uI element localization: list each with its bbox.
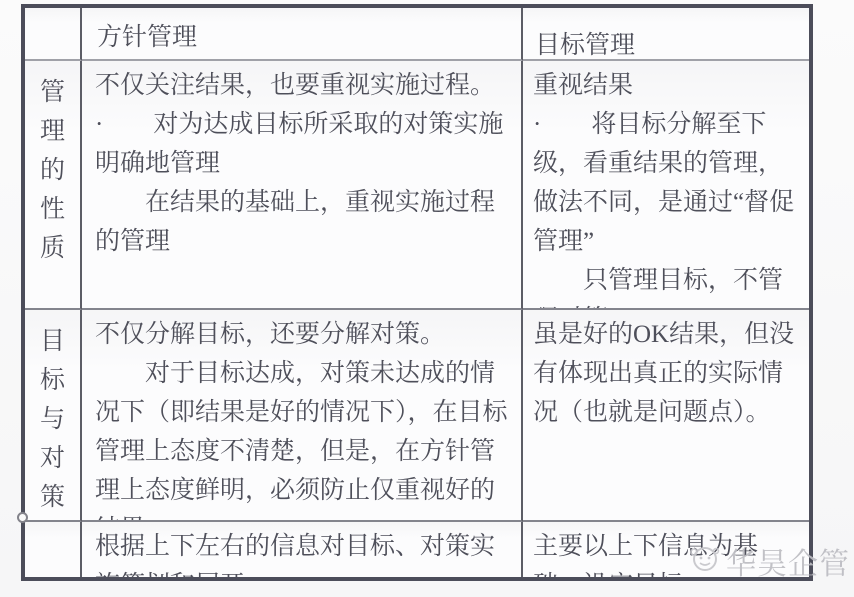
paragraph: 不仅关注结果，也要重视实施过程。 [95,66,515,105]
paragraph: 重视结果 [533,66,806,105]
row-label-nature-text: 管理的性质 [39,73,66,268]
cell-planning-policy: 根据上下左右的信息对目标、对策实施策划和展开。 [82,522,523,577]
scan-artifact-dot [17,512,28,523]
paragraph: 虽是好的OK结果，但没有体现出真正的实际情况（也就是问题点）。 [533,315,806,432]
paragraph: · 将目标分解至下级，看重结果的管理，做法不同，是通过“督促管理” [533,105,806,261]
paragraph: 根据上下左右的信息对目标、对策实施策划和展开。 [95,527,515,577]
row-label-objectives-text: 目标与对策 [39,322,66,517]
header-objective-management: 目标管理 [523,8,809,61]
row-label-empty [25,522,82,577]
cell-nature-policy: 不仅关注结果，也要重视实施过程。 · 对为达成目标所采取的对策实施明确地管理 在… [82,61,523,310]
cell-objectives-objective: 虽是好的OK结果，但没有体现出真正的实际情况（也就是问题点）。 [523,310,809,522]
paragraph: 不仅分解目标，还要分解对策。 [95,315,515,354]
paragraph: 主要以上下信息为基础，设定目标 [533,527,806,577]
paragraph: · 对为达成目标所采取的对策实施明确地管理 [95,105,515,183]
comparison-table: 方针管理 目标管理 管理的性质 不仅关注结果，也要重视实施过程。 · 对为达成目… [21,4,813,581]
cell-nature-objective: 重视结果 · 将目标分解至下级，看重结果的管理，做法不同，是通过“督促管理” 只… [523,61,809,310]
cell-planning-objective: 主要以上下信息为基础，设定目标 [523,522,809,577]
row-label-nature: 管理的性质 [25,61,82,310]
paragraph: 在结果的基础上，重视实施过程的管理 [95,183,515,261]
row-label-objectives: 目标与对策 [25,310,82,522]
cell-objectives-policy: 不仅分解目标，还要分解对策。 对于目标达成，对策未达成的情况下（即结果是好的情况… [82,310,523,522]
header-policy-management: 方针管理 [82,8,523,61]
paragraph: 对于目标达成，对策未达成的情况下（即结果是好的情况下），在目标管理上态度不清楚，… [95,354,515,522]
document-page: 方针管理 目标管理 管理的性质 不仅关注结果，也要重视实施过程。 · 对为达成目… [0,0,854,597]
paragraph: 只管理目标，不管理对策。 [533,261,806,310]
header-corner-cell [25,8,82,61]
